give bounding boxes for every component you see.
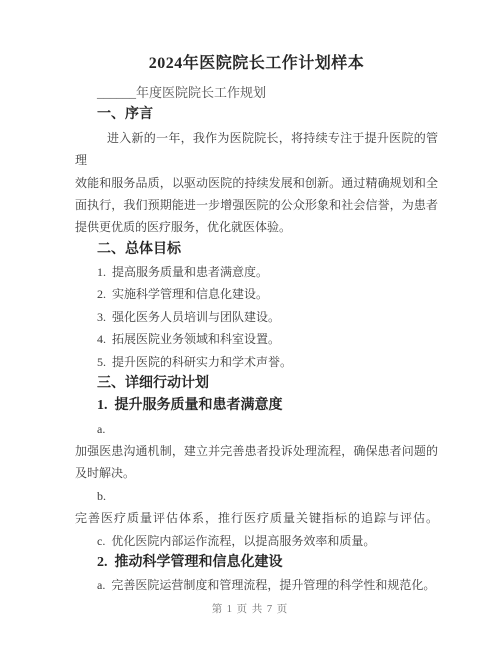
document-page: 2024年医院院长工作计划样本 ______年度医院院长工作规划一、序言进入新的… [0,0,500,647]
preface-line: 面执行，我们预期能进一步增强医院的公众形象和社会信誉，为患者 [75,194,438,216]
plan-item-1b-line: 完善医疗质量评估体系，推行医疗质量关键指标的追踪与评估。 [75,507,438,529]
preface-line: 提供更优质的医疗服务，优化就医体验。 [75,216,438,238]
plan-item-2a: a. 完善医院运营制度和管理流程，提升管理的科学性和规范化。 [75,574,438,596]
heading-overall-goals: 二、总体目标 [75,239,438,261]
document-title: 2024年医院院长工作计划样本 [75,48,438,80]
heading-preface: 一、序言 [75,104,438,126]
plan-item-1a-line: 加强医患沟通机制，建立并完善患者投诉处理流程，确保患者问题的 [75,440,438,462]
heading-action-plan: 三、详细行动计划 [75,373,438,395]
document-content: 2024年医院院长工作计划样本 ______年度医院院长工作规划一、序言进入新的… [75,48,438,597]
plan-item-1a-label: a. [75,418,438,440]
plan-item-1a-line: 及时解决。 [75,462,438,484]
goal-item-4: 4. 拓展医院业务领域和科室设置。 [75,328,438,350]
preface-line: 进入新的一年，我作为医院院长，将持续专注于提升医院的管理 [75,127,438,172]
preface-line: 效能和服务品质，以驱动医院的持续发展和创新。通过精确规划和全 [75,172,438,194]
plan-item-1b-label: b. [75,485,438,507]
plan-item-1-title: 1. 提升服务质量和患者满意度 [75,395,438,417]
goal-item-5: 5. 提升医院的科研实力和学术声誉。 [75,351,438,373]
page-footer: 第 1 页 共 7 页 [0,601,500,616]
goal-item-1: 1. 提高服务质量和患者满意度。 [75,261,438,283]
goal-item-2: 2. 实施科学管理和信息化建设。 [75,283,438,305]
goal-item-3: 3. 强化医务人员培训与团队建设。 [75,306,438,328]
document-body: ______年度医院院长工作规划一、序言进入新的一年，我作为医院院长，将持续专注… [75,82,438,597]
doc-subtitle: ______年度医院院长工作规划 [75,82,438,104]
plan-item-2-title: 2. 推动科学管理和信息化建设 [75,552,438,574]
plan-item-1c: c. 优化医院内部运作流程，以提高服务效率和质量。 [75,530,438,552]
